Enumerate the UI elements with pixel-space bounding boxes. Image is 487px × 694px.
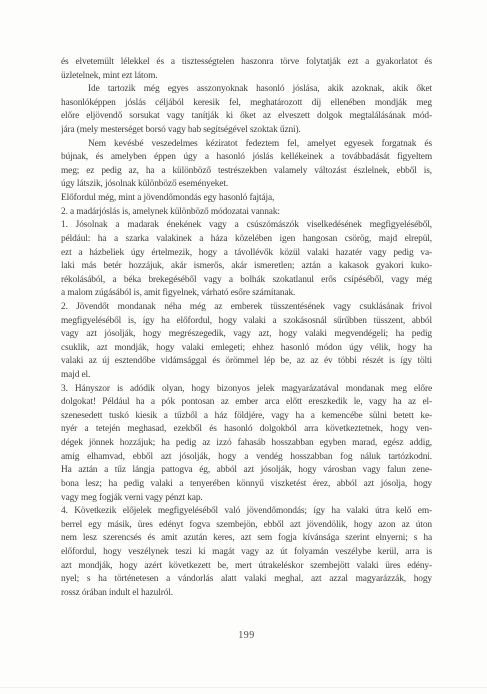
text-line: meg; ez pedig az, ha a különböző testrés… bbox=[61, 165, 432, 179]
text-line: bújnak, és amelyben éppen úgy a hasonló … bbox=[61, 151, 432, 165]
text-line: nem lesz szerencsés és amit azután keres… bbox=[61, 532, 432, 546]
text-line: 2. a madárjóslás is, amelynek különböző … bbox=[61, 206, 432, 220]
text-line: Ha aztán a tűz lángja pattogva ég, abból… bbox=[61, 464, 432, 478]
text-line: dégek jönnek hozzájuk; ha pedig az izzó … bbox=[61, 437, 432, 451]
text-line: majd el. bbox=[61, 369, 432, 383]
text-line: rossz órában indult el hazulról. bbox=[61, 587, 432, 601]
text-line: előre eljövendő sorsukat vagy tanítják k… bbox=[61, 110, 432, 124]
text-line: nyér a tetején meghasad, ezekből és haso… bbox=[61, 423, 432, 437]
text-line: úgy látszik, jósolnak különböző eseménye… bbox=[61, 178, 432, 192]
text-line: nyel; s ha történetesen a vándorlás alat… bbox=[61, 573, 432, 587]
text-line: dolgokat! Például ha a pók pontosan az e… bbox=[61, 396, 432, 410]
text-line: 2. Jövendőt mondanak néha még az emberek… bbox=[61, 301, 432, 315]
text-line: bona lesz; ha pedig valaki a tenyerében … bbox=[61, 478, 432, 492]
text-line: csuklik, azt mondják, hogy valaki emlege… bbox=[61, 342, 432, 356]
text-line: üzletelnek, mint ezt látom. bbox=[61, 70, 432, 84]
text-line: ezt a házbeliek úgy értelmezik, hogy a t… bbox=[61, 247, 432, 261]
text-line: Nem kevésbé veszedelmes kéziratot fedezt… bbox=[61, 138, 432, 152]
page-text-block: és elvetemült lélekkel és a tisztességte… bbox=[61, 56, 432, 600]
text-line: és elvetemült lélekkel és a tisztességte… bbox=[61, 56, 432, 70]
text-line: laki más betér hozzájuk, akár ismerős, a… bbox=[61, 260, 432, 274]
text-line: Ide tartozik még egyes asszonyoknak haso… bbox=[61, 83, 432, 97]
text-line: például: ha a szarka valakinek a háza kö… bbox=[61, 233, 432, 247]
text-line: valaki az új esztendőbe vidámsággal és ö… bbox=[61, 355, 432, 369]
text-line: a malom zúgásából is, amit figyelnek, vá… bbox=[61, 287, 432, 301]
text-line: jára (mely mesterséget borsó vagy bab se… bbox=[61, 124, 432, 138]
text-line: vagy meg fogják verni vagy pénzt kap. bbox=[61, 492, 432, 506]
book-page: és elvetemült lélekkel és a tisztességte… bbox=[0, 0, 487, 694]
page-number: 199 bbox=[61, 630, 432, 641]
text-line: vagy azt jósolják, hogy megrészegedik, v… bbox=[61, 328, 432, 342]
text-line: amíg elhamvad, ebből azt jósolják, hogy … bbox=[61, 451, 432, 465]
text-line: 1. Jósolnak a madarak énekének vagy a cs… bbox=[61, 219, 432, 233]
text-line: rékolásából, a béka brekegéséből vagy a … bbox=[61, 274, 432, 288]
text-line: megfigyeléséből is, így ha előfordul, ho… bbox=[61, 315, 432, 329]
text-line: Előfordul még, mint a jövendőmondás egy … bbox=[61, 192, 432, 206]
text-line: előfordul, hogy veszélynek teszi ki magá… bbox=[61, 546, 432, 560]
text-line: hasonlóképpen jóslás céljából keresik fe… bbox=[61, 97, 432, 111]
scan-edge-line bbox=[0, 687, 487, 688]
text-line: berrel egy másik, üres edényt fogva szem… bbox=[61, 519, 432, 533]
text-line: azt mondják, hogy azért következett be, … bbox=[61, 560, 432, 574]
text-line: szenesedett tuskó kiesik a tűzből a ház … bbox=[61, 410, 432, 424]
text-line: 4. Következik előjelek megfigyeléséből v… bbox=[61, 505, 432, 519]
text-line: 3. Hányszor is adódik olyan, hogy bizony… bbox=[61, 383, 432, 397]
